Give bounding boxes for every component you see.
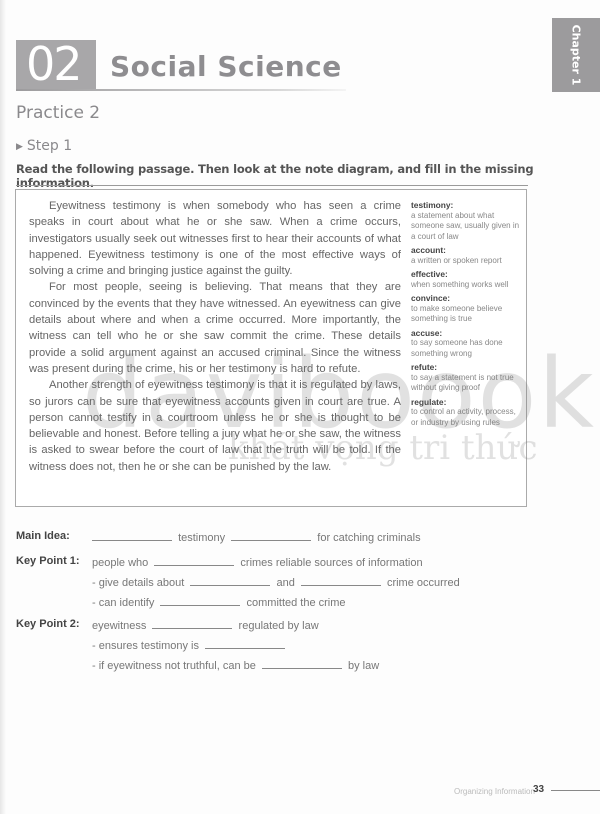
glossary-term: effective:: [411, 269, 521, 280]
footer-section-title: Organizing Information: [454, 787, 535, 796]
answer-blank[interactable]: [92, 530, 172, 541]
answer-blank[interactable]: [301, 575, 381, 586]
glossary-entry: effective:when something works well: [411, 269, 521, 290]
glossary-definition: to say someone has done something wrong: [411, 338, 521, 359]
note-fragment: - if eyewitness not truthful, can be: [92, 660, 256, 672]
step-label: Step 1: [27, 138, 72, 154]
note-sub-text: - give details about and crime occurred: [92, 575, 460, 589]
step-heading: ▶Step 1: [16, 138, 72, 154]
glossary-definition: when something works well: [411, 280, 521, 291]
note-sub-text: - can identify committed the crime: [92, 595, 346, 609]
answer-blank[interactable]: [262, 658, 342, 669]
page-number: 33: [533, 784, 544, 795]
note-fragment: people who: [92, 557, 148, 569]
glossary-entry: convince:to make someone believe somethi…: [411, 293, 521, 325]
passage-box: Eyewitness testimony is when somebody wh…: [15, 189, 527, 507]
unit-title: Social Science: [110, 50, 342, 83]
glossary-entry: accuse:to say someone has done something…: [411, 328, 521, 360]
note-fragment: regulated by law: [239, 620, 319, 632]
answer-blank[interactable]: [154, 555, 234, 566]
unit-number: 02: [26, 36, 81, 92]
glossary-definition: to make someone believe something is tru…: [411, 304, 521, 325]
key-point-1-text: people who crimes reliable sources of in…: [92, 555, 423, 569]
glossary-definition: to say a statement is not true without g…: [411, 373, 521, 394]
reading-passage: Eyewitness testimony is when somebody wh…: [29, 198, 401, 475]
answer-blank[interactable]: [205, 638, 285, 649]
glossary-entry: account:a written or spoken report: [411, 245, 521, 266]
triangle-right-icon: ▶: [16, 142, 23, 152]
note-fragment: crimes reliable sources of information: [240, 557, 422, 569]
glossary-term: account:: [411, 245, 521, 256]
glossary: testimony:a statement about what someone…: [411, 200, 521, 431]
passage-paragraph: Another strength of eyewitness testimony…: [29, 377, 401, 475]
note-fragment: and: [276, 577, 294, 589]
footer-divider: [551, 790, 600, 791]
glossary-term: regulate:: [411, 397, 521, 408]
chapter-tab: Chapter 1: [552, 18, 600, 92]
note-fragment: by law: [348, 660, 379, 672]
page-edge-shadow: [0, 0, 6, 814]
answer-blank[interactable]: [160, 595, 240, 606]
glossary-term: refute:: [411, 362, 521, 373]
note-fragment: for catching criminals: [317, 532, 420, 544]
key-point-1-label: Key Point 1:: [16, 555, 80, 567]
note-fragment: - ensures testimony is: [92, 640, 199, 652]
note-fragment: testimony: [178, 532, 225, 544]
glossary-entry: testimony:a statement about what someone…: [411, 200, 521, 242]
chapter-tab-label: Chapter 1: [570, 25, 583, 86]
note-sub-text: - if eyewitness not truthful, can be by …: [92, 658, 379, 672]
note-sub-text: - ensures testimony is: [92, 638, 288, 652]
answer-blank[interactable]: [231, 530, 311, 541]
note-fragment: eyewitness: [92, 620, 146, 632]
glossary-term: testimony:: [411, 200, 521, 211]
glossary-entry: regulate:to control an activity, process…: [411, 397, 521, 429]
note-fragment: - can identify: [92, 597, 154, 609]
glossary-definition: a written or spoken report: [411, 256, 521, 267]
note-fragment: committed the crime: [247, 597, 346, 609]
passage-paragraph: For most people, seeing is believing. Th…: [29, 279, 401, 377]
note-fragment: crime occurred: [387, 577, 460, 589]
glossary-entry: refute:to say a statement is not true wi…: [411, 362, 521, 394]
main-idea-label: Main Idea:: [16, 530, 70, 542]
passage-paragraph: Eyewitness testimony is when somebody wh…: [29, 198, 401, 279]
main-idea-text: testimony for catching criminals: [92, 530, 421, 544]
answer-blank[interactable]: [152, 618, 232, 629]
key-point-2-text: eyewitness regulated by law: [92, 618, 319, 632]
note-fragment: - give details about: [92, 577, 184, 589]
key-point-2-label: Key Point 2:: [16, 618, 80, 630]
glossary-term: convince:: [411, 293, 521, 304]
answer-blank[interactable]: [190, 575, 270, 586]
glossary-definition: a statement about what someone saw, usua…: [411, 211, 521, 243]
instruction-divider: [16, 185, 528, 186]
title-divider: [16, 89, 346, 91]
practice-heading: Practice 2: [16, 103, 100, 123]
glossary-term: accuse:: [411, 328, 521, 339]
glossary-definition: to control an activity, process, or indu…: [411, 407, 521, 428]
